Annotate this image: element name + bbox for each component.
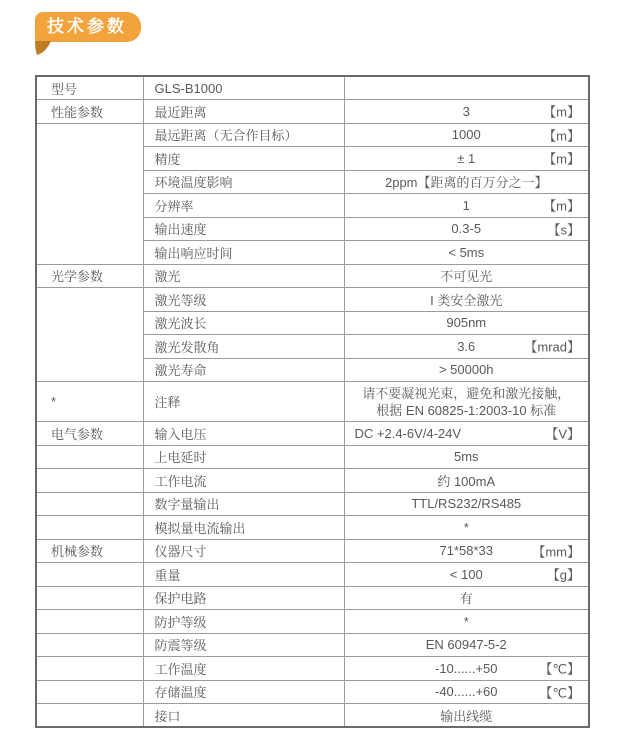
param-name-cell: 保护电路	[143, 586, 344, 610]
value-cell: 不可见光	[344, 264, 589, 288]
value-cell: TTL/RS232/RS485	[344, 492, 589, 516]
unit-text: 【℃】	[539, 682, 580, 701]
value-cell: 3.6 【mrad】	[344, 335, 589, 359]
unit-text: 【mm】	[532, 541, 580, 560]
value-cell	[344, 76, 589, 100]
param-name-cell: 环境温度影响	[143, 170, 344, 194]
value-text: EN 60947-5-2	[426, 637, 507, 652]
category-cell: 性能参数	[36, 100, 143, 124]
param-name-cell: 激光等级	[143, 288, 344, 312]
value-cell: 0.3-5 【s】	[344, 217, 589, 241]
value-cell: 约 100mA	[344, 469, 589, 493]
value-text: DC +2.4-6V/4-24V	[355, 426, 462, 441]
param-name-cell: 输入电压	[143, 422, 344, 446]
value-text: 905nm	[446, 315, 486, 330]
param-name-cell: 工作温度	[143, 657, 344, 681]
unit-text: 【℃】	[539, 659, 580, 678]
value-cell: DC +2.4-6V/4-24V 【V】	[344, 422, 589, 446]
category-cell	[36, 288, 143, 382]
param-name-cell: GLS-B1000	[143, 76, 344, 100]
value-cell: ± 1 【m】	[344, 147, 589, 171]
category-cell	[36, 704, 143, 728]
table-row: 防护等级 *	[36, 610, 589, 634]
table-row: 工作电流 约 100mA	[36, 469, 589, 493]
category-cell	[36, 586, 143, 610]
value-cell: EN 60947-5-2	[344, 633, 589, 657]
table-row: 上电延时 5ms	[36, 445, 589, 469]
value-text: -10......+50	[435, 661, 498, 676]
param-name-cell: 精度	[143, 147, 344, 171]
param-name-cell: 接口	[143, 704, 344, 728]
value-cell: 5ms	[344, 445, 589, 469]
table-row: 数字量输出 TTL/RS232/RS485	[36, 492, 589, 516]
category-cell	[36, 492, 143, 516]
value-cell: 输出线缆	[344, 704, 589, 728]
param-name-cell: 上电延时	[143, 445, 344, 469]
value-cell: 有	[344, 586, 589, 610]
param-name-cell: 激光寿命	[143, 358, 344, 382]
table-row: 激光等级 I 类安全激光	[36, 288, 589, 312]
category-cell	[36, 657, 143, 681]
param-name-cell: 存储温度	[143, 680, 344, 704]
value-text: 有	[460, 591, 473, 606]
unit-text: 【g】	[547, 565, 580, 584]
value-cell: 请不要凝视光束，避免和激光接触，根据 EN 60825-1:2003-10 标准	[344, 382, 589, 422]
param-name-cell: 防震等级	[143, 633, 344, 657]
table-row: 电气参数 输入电压 DC +2.4-6V/4-24V 【V】	[36, 422, 589, 446]
value-text: -40......+60	[435, 684, 498, 699]
category-cell	[36, 633, 143, 657]
value-cell: 3 【m】	[344, 100, 589, 124]
value-text: 5ms	[454, 449, 479, 464]
value-text: TTL/RS232/RS485	[411, 496, 521, 511]
table-row: 工作温度 -10......+50 【℃】	[36, 657, 589, 681]
value-text: 不可见光	[440, 269, 492, 284]
unit-text: 【s】	[547, 219, 580, 238]
unit-text: 【m】	[543, 102, 580, 121]
param-name-cell: 激光波长	[143, 311, 344, 335]
value-cell: 1000 【m】	[344, 123, 589, 147]
spec-table: 型号 GLS-B1000 性能参数 最近距离 3 【m】 最远距离（无合作目标）…	[35, 75, 590, 728]
value-cell: > 50000h	[344, 358, 589, 382]
category-cell	[36, 563, 143, 587]
category-cell	[36, 469, 143, 493]
value-cell: -10......+50 【℃】	[344, 657, 589, 681]
value-text: 1	[463, 198, 470, 213]
value-text: 0.3-5	[451, 221, 481, 236]
value-cell: 2ppm【距离的百万分之一】	[344, 170, 589, 194]
section-title: 技术参数	[47, 17, 127, 36]
param-name-cell: 模拟量电流输出	[143, 516, 344, 540]
section-title-badge: 技术参数	[35, 12, 141, 42]
category-cell: 型号	[36, 76, 143, 100]
value-text: > 50000h	[439, 362, 494, 377]
table-row: * 注释 请不要凝视光束，避免和激光接触，根据 EN 60825-1:2003-…	[36, 382, 589, 422]
table-row: 机械参数 仪器尺寸 71*58*33 【mm】	[36, 539, 589, 563]
param-name-cell: 激光	[143, 264, 344, 288]
param-name-cell: 数字量输出	[143, 492, 344, 516]
value-text: *	[464, 614, 469, 629]
unit-text: 【V】	[545, 424, 580, 443]
param-name-cell: 防护等级	[143, 610, 344, 634]
value-text: I 类安全激光	[430, 293, 502, 308]
param-name-cell: 最近距离	[143, 100, 344, 124]
table-row: 存储温度 -40......+60 【℃】	[36, 680, 589, 704]
value-cell: 1 【m】	[344, 194, 589, 218]
unit-text: 【m】	[543, 125, 580, 144]
param-name-cell: 工作电流	[143, 469, 344, 493]
value-cell: I 类安全激光	[344, 288, 589, 312]
unit-text: 【m】	[543, 149, 580, 168]
value-cell: < 100 【g】	[344, 563, 589, 587]
category-cell: *	[36, 382, 143, 422]
value-cell: *	[344, 516, 589, 540]
category-cell: 机械参数	[36, 539, 143, 563]
param-name-cell: 激光发散角	[143, 335, 344, 359]
table-row: 性能参数 最近距离 3 【m】	[36, 100, 589, 124]
table-row: 型号 GLS-B1000	[36, 76, 589, 100]
value-text: 3.6	[457, 339, 475, 354]
value-text: 输出线缆	[440, 709, 492, 724]
table-row: 接口 输出线缆	[36, 704, 589, 728]
param-name-cell: 重量	[143, 563, 344, 587]
unit-text: 【mrad】	[524, 337, 580, 356]
value-cell: 71*58*33 【mm】	[344, 539, 589, 563]
value-text-line2: 根据 EN 60825-1:2003-10 标准	[349, 402, 585, 419]
value-text: < 5ms	[448, 245, 484, 260]
unit-text: 【m】	[543, 196, 580, 215]
badge-fold	[35, 41, 51, 55]
value-cell: *	[344, 610, 589, 634]
table-row: 最远距离（无合作目标） 1000 【m】	[36, 123, 589, 147]
value-text: 约 100mA	[437, 474, 495, 489]
value-text: 71*58*33	[440, 543, 494, 558]
category-cell: 光学参数	[36, 264, 143, 288]
value-text: 请不要凝视光束，避免和激光接触，根据 EN 60825-1:2003-10 标准	[349, 386, 585, 419]
value-text: 2ppm【距离的百万分之一】	[385, 175, 548, 190]
value-text: 1000	[452, 127, 481, 142]
value-cell: 905nm	[344, 311, 589, 335]
param-name-cell: 分辨率	[143, 194, 344, 218]
table-row: 保护电路 有	[36, 586, 589, 610]
category-cell	[36, 610, 143, 634]
spec-table-body: 型号 GLS-B1000 性能参数 最近距离 3 【m】 最远距离（无合作目标）…	[36, 76, 589, 727]
param-name-cell: 注释	[143, 382, 344, 422]
table-row: 模拟量电流输出 *	[36, 516, 589, 540]
category-cell	[36, 680, 143, 704]
category-cell	[36, 445, 143, 469]
value-text: *	[464, 520, 469, 535]
value-text: ± 1	[457, 151, 475, 166]
category-cell	[36, 123, 143, 264]
param-name-cell: 仪器尺寸	[143, 539, 344, 563]
table-row: 防震等级 EN 60947-5-2	[36, 633, 589, 657]
category-cell: 电气参数	[36, 422, 143, 446]
param-name-cell: 输出速度	[143, 217, 344, 241]
value-cell: < 5ms	[344, 241, 589, 265]
value-text: < 100	[450, 567, 483, 582]
table-row: 光学参数 激光 不可见光	[36, 264, 589, 288]
value-text: 3	[463, 104, 470, 119]
category-cell	[36, 516, 143, 540]
param-name-cell: 最远距离（无合作目标）	[143, 123, 344, 147]
param-name-cell: 输出响应时间	[143, 241, 344, 265]
table-row: 重量 < 100 【g】	[36, 563, 589, 587]
value-cell: -40......+60 【℃】	[344, 680, 589, 704]
